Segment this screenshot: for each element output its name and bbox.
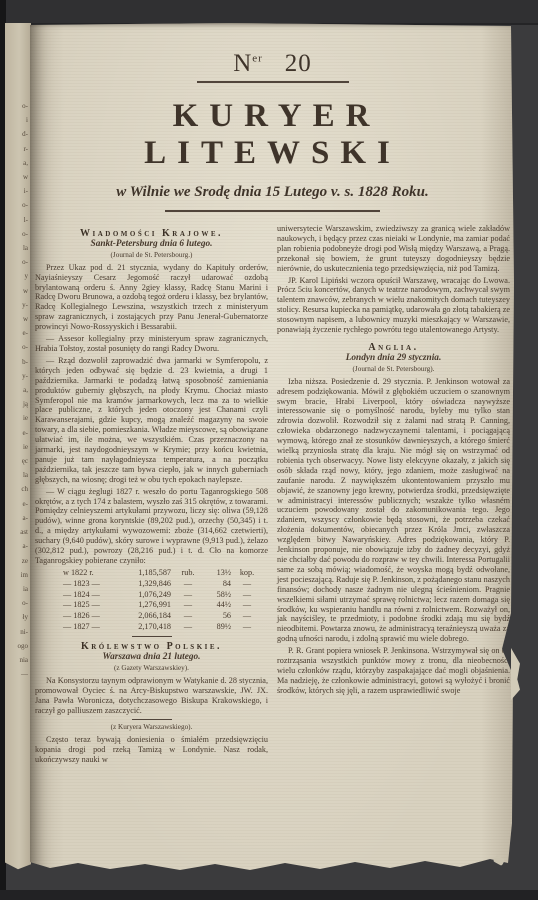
- text-fragment: o-: [5, 99, 28, 113]
- customs-table-row: — 1827 — 2,170,418 — 89½ —: [35, 622, 268, 633]
- table-cell-ruble-unit: —: [171, 590, 205, 601]
- text-fragment: ze: [5, 554, 28, 568]
- text-fragment: o-: [5, 255, 28, 269]
- paragraph-grant: P. R. Grant popiera wniosek P. Jenkinson…: [277, 646, 510, 696]
- text-fragment: ogo: [5, 639, 28, 653]
- table-cell-kopeck-unit: —: [231, 579, 263, 590]
- table-cell-ruble-unit: —: [171, 579, 205, 590]
- paragraph-fairs: — Rząd dozwolił zaprowadzić dwa jarmarki…: [35, 356, 268, 485]
- scan-background: o-id-r-a,wi-o-l-o-lao-ywy-we-o-b-y-a,jąi…: [0, 0, 538, 900]
- table-cell-kopeck: 44½: [205, 600, 231, 611]
- paragraph-archbishop: Na Konsystorzu taynym odprawionym w Waty…: [35, 676, 268, 716]
- previous-page-edge: o-id-r-a,wi-o-l-o-lao-ywy-we-o-b-y-a,jąi…: [5, 23, 31, 871]
- text-fragment: a,: [5, 156, 28, 170]
- text-fragment: ia: [5, 582, 28, 596]
- text-fragment: la: [5, 468, 28, 482]
- paragraph-thames-tunnel-continued: uniwersytecie Warszawskim, zwiedziwszy z…: [277, 224, 510, 274]
- petersburg-dateline: Sankt-Petersburg dnia 6 lutego.: [35, 240, 268, 250]
- issue-number: Ner20: [30, 50, 515, 78]
- customs-table-row: — 1824 — 1,076,249 — 58½ —: [35, 590, 268, 601]
- newspaper-page: Ner20 KURYER LITEWSKI w Wilnie we Srodę …: [30, 23, 515, 881]
- table-cell-amount: 1,076,249: [111, 590, 171, 601]
- text-fragment: nia: [5, 653, 28, 667]
- table-cell-year: — 1825 —: [35, 600, 111, 611]
- text-fragment: e-: [5, 426, 28, 440]
- warsaw-courier-source: (z Kuryera Warszawskiego).: [35, 723, 268, 733]
- section-divider-rule: [132, 636, 172, 638]
- text-fragment: o-: [5, 340, 28, 354]
- text-fragment: y-: [5, 369, 28, 383]
- text-fragment: im: [5, 568, 28, 582]
- text-fragment: y-: [5, 298, 28, 312]
- table-cell-year: — 1824 —: [35, 590, 111, 601]
- right-column: uniwersytecie Warszawskim, zwiedziwszy z…: [277, 224, 510, 767]
- text-fragment: l-: [5, 213, 28, 227]
- text-fragment: w: [5, 312, 28, 326]
- warsaw-dateline: Warszawa dnia 21 lutego.: [35, 653, 268, 663]
- table-cell-amount: 1,185,587: [111, 568, 171, 579]
- paragraph-taganrog: — W ciągu żeglugi 1827 r. weszło do port…: [35, 487, 268, 566]
- table-cell-year: — 1826 —: [35, 611, 111, 622]
- table-cell-ruble-unit: —: [171, 600, 205, 611]
- text-fragment: ęc: [5, 454, 28, 468]
- paragraph-commons-jenkinson: Izba niższa. Posiedzenie d. 29 stycznia.…: [277, 377, 510, 644]
- text-fragment: o-: [5, 198, 28, 212]
- london-source: (Journal de St. Petersbourg).: [277, 365, 510, 375]
- table-cell-kopeck: 56: [205, 611, 231, 622]
- text-fragment: y: [5, 269, 28, 283]
- text-fragment: a,: [5, 383, 28, 397]
- table-cell-kopeck-unit: kop.: [231, 568, 263, 579]
- text-fragment: ch: [5, 482, 28, 496]
- newspaper-title: KURYER LITEWSKI: [30, 98, 515, 172]
- text-fragment: ją: [5, 397, 28, 411]
- customs-revenue-table: w 1822 r. 1,185,587 rub. 13½ kop. — 1823…: [35, 568, 268, 633]
- london-dateline: Londyn dnia 29 stycznia.: [277, 354, 510, 364]
- text-fragment: r-: [5, 142, 28, 156]
- paragraph-lipinski: JP. Karol Lipiński wczora opuścił Warsza…: [277, 276, 510, 335]
- paragraph-thames-tunnel: Często teraz bywają doniesienia o śmiałé…: [35, 735, 268, 765]
- paragraph-assessor: — Assesor kollegialny przy ministeryum s…: [35, 334, 268, 354]
- table-cell-year: — 1823 —: [35, 579, 111, 590]
- text-fragment: i: [5, 113, 28, 127]
- scan-bottom-band: [0, 890, 538, 900]
- text-fragment: ie: [5, 440, 28, 454]
- text-fragment: d-: [5, 127, 28, 141]
- text-fragment: o-: [5, 596, 28, 610]
- text-fragment: —: [5, 667, 28, 681]
- warsaw-gazette-source: (z Gazety Warszawskiey).: [35, 664, 268, 674]
- customs-table-row: — 1825 — 1,276,991 — 44½ —: [35, 600, 268, 611]
- left-column: Wiadomości Krajowe. Sankt-Petersburg dni…: [35, 224, 268, 767]
- customs-table-row: — 1826 — 2,066,184 — 56 —: [35, 611, 268, 622]
- torn-paper-flap: [511, 648, 520, 700]
- section-heading-domestic-news: Wiadomości Krajowe.: [35, 229, 268, 239]
- text-fragment: ni-: [5, 625, 28, 639]
- text-fragment: ast: [5, 525, 28, 539]
- table-cell-amount: 2,170,418: [111, 622, 171, 633]
- customs-table-row: w 1822 r. 1,185,587 rub. 13½ kop.: [35, 568, 268, 579]
- table-cell-kopeck-unit: —: [231, 611, 263, 622]
- article-columns: Wiadomości Krajowe. Sankt-Petersburg dni…: [30, 224, 515, 767]
- table-cell-year: — 1827 —: [35, 622, 111, 633]
- table-cell-kopeck-unit: —: [231, 600, 263, 611]
- source-divider-rule: [132, 719, 172, 721]
- customs-table-row: — 1823 — 1,329,846 — 84 —: [35, 579, 268, 590]
- section-heading-kingdom-of-poland: Królewstwo Polskie.: [35, 642, 268, 652]
- table-cell-ruble-unit: —: [171, 622, 205, 633]
- table-cell-kopeck: 84: [205, 579, 231, 590]
- issue-value: 20: [285, 50, 312, 77]
- issue-prefix: N: [233, 50, 252, 77]
- text-fragment: w: [5, 170, 28, 184]
- paragraph-orders: Przez Ukaz pod d. 21 stycznia, wydany do…: [35, 263, 268, 332]
- section-heading-england: Anglia.: [277, 343, 510, 353]
- table-cell-kopeck: 13½: [205, 568, 231, 579]
- table-cell-amount: 1,276,991: [111, 600, 171, 611]
- table-cell-kopeck: 89½: [205, 622, 231, 633]
- text-fragment: a-: [5, 511, 28, 525]
- text-fragment: e-: [5, 497, 28, 511]
- text-fragment: e-: [5, 326, 28, 340]
- table-cell-kopeck-unit: —: [231, 622, 263, 633]
- dateline-rule: [165, 210, 380, 212]
- text-fragment: la: [5, 241, 28, 255]
- table-cell-amount: 2,066,184: [111, 611, 171, 622]
- table-cell-ruble-unit: rub.: [171, 568, 205, 579]
- scan-top-band: [0, 0, 538, 25]
- table-cell-ruble-unit: —: [171, 611, 205, 622]
- table-cell-kopeck-unit: —: [231, 590, 263, 601]
- masthead-dateline: w Wilnie we Srodę dnia 15 Lutego v. s. 1…: [30, 184, 515, 201]
- table-cell-amount: 1,329,846: [111, 579, 171, 590]
- table-cell-kopeck: 58½: [205, 590, 231, 601]
- text-fragment: i-: [5, 184, 28, 198]
- text-fragment: b-: [5, 355, 28, 369]
- text-fragment: a-: [5, 539, 28, 553]
- previous-page-text-fragments: o-id-r-a,wi-o-l-o-lao-ywy-we-o-b-y-a,jąi…: [5, 23, 31, 681]
- masthead: Ner20 KURYER LITEWSKI w Wilnie we Srodę …: [30, 50, 515, 212]
- text-fragment: ły: [5, 610, 28, 624]
- text-fragment: ie: [5, 411, 28, 425]
- issue-superscript: er: [252, 53, 263, 65]
- table-cell-year: w 1822 r.: [35, 568, 111, 579]
- masthead-rule: [197, 81, 349, 83]
- text-fragment: w: [5, 284, 28, 298]
- text-fragment: o-: [5, 227, 28, 241]
- petersburg-source: (Journal de St. Petersbourg.): [35, 251, 268, 261]
